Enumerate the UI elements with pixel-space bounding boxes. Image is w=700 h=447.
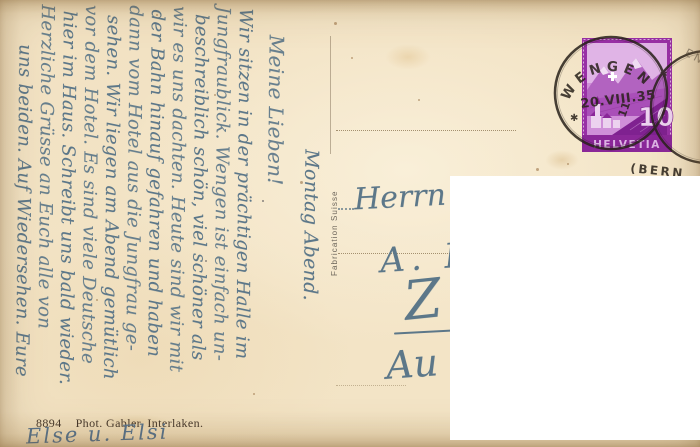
foxing-spot <box>334 22 337 25</box>
address-leader-dots <box>338 208 354 210</box>
signature: Else u. Elsi <box>26 420 169 447</box>
address-underline <box>394 329 454 334</box>
message-dateline: Montag Abend. <box>297 149 322 447</box>
message-line: Wir sitzen in der prächtigen Halle im <box>229 8 256 446</box>
message-line: Herzliche Grüsse an Euch alle von <box>31 4 58 444</box>
postmark-star-icon: ✱ <box>570 113 578 124</box>
address-dotted-line <box>336 130 516 131</box>
divider-imprint: Fabrication Suisse <box>330 158 339 276</box>
foxing-spot <box>567 163 569 165</box>
censor-box <box>450 176 700 440</box>
address-street: Au <box>385 340 440 388</box>
foxing-spot <box>351 57 353 59</box>
foxing-spot <box>418 99 420 101</box>
message-line: wir es uns dachten. Heute sind wir mit <box>163 6 190 446</box>
message-line: dann vom Hotel aus die Jungfrau ge- <box>119 5 146 445</box>
postcard: Montag Abend. Meine Lieben! Wir sitzen i… <box>0 0 700 447</box>
address-city: Z <box>401 266 445 333</box>
message-salutation: Meine Lieben! <box>261 35 287 447</box>
paper-stain <box>385 44 431 70</box>
message-block: Montag Abend. Meine Lieben! Wir sitzen i… <box>3 4 324 447</box>
foxing-spot <box>536 168 539 171</box>
stamp-and-postmark: 10 HELVETIA WENGEN 20.VIII.35 11 ✱ ✱ (BE… <box>540 15 700 185</box>
message-line: Jungfraublick. Wengen ist einfach un- <box>207 6 234 446</box>
address-recipient-title: Herrn <box>353 178 447 218</box>
postmark-fragment: EN <box>683 46 700 67</box>
message-line: vor dem Hotel. Es sind viele Deutsche <box>75 5 102 445</box>
divider-line <box>330 36 331 154</box>
